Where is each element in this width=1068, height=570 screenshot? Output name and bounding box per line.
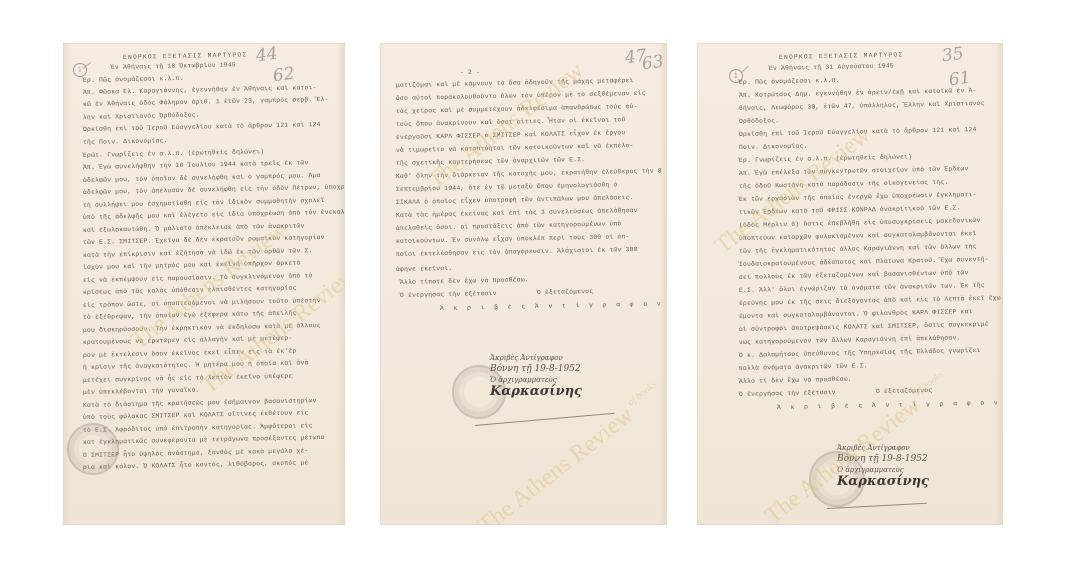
text-line: τῶν Ε.Σ. ΣΜΙΤΣΕΡ. Ἐχεῖνο δὲ δὲν ἐκρατοῦν… [83,234,325,247]
text-line: (ὁδὸς Μέρλιν 6) ὅστις ἐπεβλήθη εἰς ὑποσυ… [739,217,981,230]
handwritten-page-number: 44 [255,44,279,67]
text-line: Ἐρ. Πῶς ὀνομάζεσαι κ.λ.π. [83,75,184,85]
handwritten-folio-number: 63 [641,52,665,75]
document-page-2: 47 63 - 2 - ματιζόμαι καὶ μὲ κάμνουν τὰ … [380,43,667,525]
signature-label: Ἀκριβὲς Ἀντίγραφον [490,353,582,364]
document-heading: ΕΝΟΡΚΟΣ ΕΞΕΤΑΣΙΣ ΜΑΡΤΥΡΟΣ [123,51,248,62]
text-line: εἰς τρόπον ὥστε, οἱ ὑποπτευόμενοι νὰ μιλ… [83,297,321,310]
text-line: ὑπὸ τῆς ἀδελφῆς μου καὶ ἐλέγετο εἰς ἰδία… [83,208,345,222]
text-line: Ἀπ. Φῶσκα Ελ. Καραγιάννης, ἐγεννήθην ἐν … [83,84,317,97]
text-line: ἐμοντα καὶ συγκαταλαμβάνονται. Ὁ φιλανθρ… [739,308,973,321]
text-line: κατὰ τὴν ἐπίκρισιν καὶ ἐζήτησα νὰ ἰδῶ ἐκ… [83,247,313,260]
certified-copy-heading: Ἀ κ ρ ι β έ ς Ἀ ν τ ί γ ρ α φ ο ν [777,399,1001,412]
page-edge [995,43,1003,525]
signature-date: Βόννη τῇ 19-8-1952 [837,454,929,465]
document-dateline: Ἐν Ἀθήναις τῇ 31 Αὐγούστου 1945 [769,62,894,73]
document-page-1: 44 62 1 / ΕΝΟΡΚΟΣ ΕΞΕΤΑΣΙΣ ΜΑΡΤΥΡΟΣ Ἐν Ἀ… [63,43,345,525]
text-line: τῆς ὁδοῦ Κωστάνη κατὰ παράδοσιν τῆς οἰκο… [739,179,949,191]
text-line: ὅσο αὐτοὶ παρακολουθοῦντο ὅλων τὸν ὑπέρο… [396,90,646,103]
certified-copy-heading: Ἀ κ ρ ι β έ ς Ἀ ν τ ί γ ρ α φ ο ν [440,300,664,313]
text-line: Ὁ ἐνεργήσας τὴν ἐξέτασιν Ὁ ἐξεταζόμενος [739,387,933,399]
text-line: Ἐρ. Πῶς ὀνομάζεσαι κ.λ.π. [739,77,840,87]
official-seal-stamp [67,423,119,475]
margin-annotation-icon: / [82,59,91,72]
text-line: Ἐκ τῶν ἐργασιῶν τῆς ὁποίας ἐνεργῶ ἔχω ὑπ… [739,191,977,204]
text-line: τικῶν Ἐρδέων κατὰ τοῦ ΦΡΙΣΣ ΚΟΝΡΑΔ ἀνακρ… [739,204,961,217]
text-line: ἀπελαθεὶς ὅσοι. οἱ προστάξεις ἀπὸ τῶν κα… [396,220,622,233]
text-line: τὴ συλλήψει μου ἐσχηματίσθη εἰς τὸν ἰδικ… [83,197,325,210]
document-heading: ΕΝΟΡΚΟΣ ΕΞΕΤΑΣΙΣ ΜΑΡΤΥΡΟΣ [779,51,904,62]
text-line: τὸ Ε.Σ. Ἀφρόδιτος ὑπὸ ἐπιτροπὴν κατηγορί… [83,422,313,435]
text-line: ρον μὲ ἐκτελεσιν ὅσον ἐκεῖνος ἐκεῖ εἶπεν… [83,348,297,360]
text-line: Ἰουδαιοκρατουμένους ἀδέσποτος καὶ Πλάτων… [739,256,989,269]
text-line: τῆς Ποιν. Δικονομίας. [83,137,168,147]
text-line: οἱ σύντροφοι ἀποτρεψάσεις ΚΟΛΑΤΣ καὶ ΣΜΙ… [739,321,989,334]
text-line: μὲν ὑπεκλέβονται τὴν γυναῖκα. [83,387,200,397]
signature-underline [475,413,615,426]
text-line: Ὡρκίσθη ἐπὶ τοῦ Ἱεροῦ Εὐαγγελίου κατὰ τὸ… [739,126,977,139]
text-line: Ὁ κ. Δαλαμήτσος ὑπεύθυνος τῆς Ὑπηρεσίας … [739,347,981,360]
signature-date: Βόννη τῇ 19-8-1952 [490,364,582,375]
handwritten-folio-number: 62 [272,64,296,87]
text-line: κατ ἐγκληματικῶς συνεφέροντο μὲ τετράγων… [83,434,325,447]
text-line: τῶν τῆς ἐγκληματικότητος ἀλλας Καραγιάνν… [739,243,977,256]
text-line: ποῖοι ἐκτελέσθησαν εἰς τὸν ἀπαγόρευσιν. … [396,246,638,259]
text-line: ΣΙΚΑΛΑ ὁ ὁποῖος εἶχεν ὑποτροφὴ τῶν ἀντιπ… [396,194,634,207]
text-line: Ἐρ. Γνωρίζεις ἐν σ.λ.π. (ἐρωτηθεὶς δηλών… [739,153,912,165]
text-line: ἡ κρίσιν τῆς ἀναγκαιότητος. Ἡ μητέρα μου… [83,359,309,372]
text-line: καὶ ἐξωλοκαυτώθη. Ὁ μάλιστα ἀπέκλεισε ἀπ… [83,222,305,235]
text-line: Ε.Σ. Ἀλλ' ὅλοι ἐγνώριζαν τὰ ὀνόματα τῶν … [739,282,985,295]
text-line: ἐνεργοῦσι ΚΑΡΛ ΦΙΣΣΕΡ ὁ ΣΜΙΤΣΕΡ καὶ ΚΟΛΑ… [396,129,626,142]
document-dateline: Ἐν Ἀθήναις τῇ 10 Ὀκτωβρίου 1945 [111,61,236,72]
text-line: Ὡρκίσθη ἐπὶ τοῦ Ἱεροῦ Εὐαγγελίου κατὰ τὸ… [83,121,321,134]
text-line: Σεπτεμβρίου 1944, ὅτε ἐν τῷ μεταξὺ ὅπου … [396,181,618,194]
text-line: θήναις, Λεωφόρος 30, ἐτῶν 47, ὑπάλληλος,… [739,100,985,113]
text-line: Ὀρθόδοξος. [739,117,779,126]
text-line: ἐρεύνης μου ἐκ τῆς σεις διεξάγοντας ἀπὸ … [739,295,1001,308]
signature-block: Ἀκριβὲς Ἀντίγραφον Βόννη τῇ 19-8-1952 Ὁ … [837,443,929,487]
margin-annotation-icon: / [741,63,749,76]
text-line: Κατὰ τὸ διάστημα τῆς κρατήσεώς μου ἐσήμα… [83,397,317,410]
page-edge [337,43,345,525]
text-line: Ἀπ. Κοτρώτσος Δημ. ἐγεννήθην ἐν ὁρειν/ἐκ… [739,87,977,100]
text-line: λην καὶ Χριστιανὸς Ὀρθόδοξος. [83,112,200,122]
text-line: πολλὰ ὀνόματα ἀνακριτῶν τῶν Ε.Σ. [739,362,868,373]
text-line: ἀδελφῶν μου, τὸν ἀπέλυσαν δὲ συνελήφθη ε… [83,183,345,197]
text-line: νως κατηγορούμενον τῶν ἄλλων Καραγιάννη … [739,334,961,347]
page-number: - 2 - [460,69,480,77]
text-line: ἀδελφῶν μου, τὸν ὁποῖον δὲ συνελήφθη καὶ… [83,172,321,185]
text-line: τὰς χείρας καὶ μὲ συμμετέχουν ἀδελφέσιμα… [396,103,638,116]
text-line: Ποιν. Δικονομίας. [739,143,808,152]
text-line: ὑπὸ τοὺς φύλακας ΣΜΙΤΣΕΡ καὶ ΚΟΛΑΤΣ οἵτι… [83,409,309,422]
text-line: νὰ τιμωρεῖτο νὰ καταπτόηται τῶν κατοικού… [396,142,634,155]
text-line: μετέχει συγκρίνας νὰ ἧς εἰς τὸ λεπτὸν ἐκ… [83,373,293,385]
text-line: κατοικούντων. Ἐν συνόλῳ εἶχαν ὑποκλέπ πε… [396,233,630,246]
text-line: μου διακηρύσσουν. Τὴν ἐκρηκτικὸν νὰ ἐκδη… [83,322,321,335]
text-line: Κατὰ τὰς ἡμέρας ἐκείνας καὶ ἐπὶ τὰς 3 συ… [396,207,638,220]
text-line: ἀφηνε ἐκεῖνοι. [396,265,453,274]
signature-block: Ἀκριβὲς Ἀντίγραφον Βόννη τῇ 19-8-1952 Ὁ … [490,353,582,397]
text-line: τὸ ἐξέθρεψαν, τὴν ὁποίαν ἐγὼ ἐξέφερα κάτ… [83,310,297,322]
text-line: Ἄλλο τί δὲν ἔχω νὰ προσθέσω. [739,376,852,386]
text-line: τοὺς ὅπου ἀνακρίνουν καὶ ὄσοι αἵτιες. Ἦτ… [396,116,626,129]
text-line: Ἀπ. Ἐγὼ συνελήφθην τὴν 10 Ἰουλίου 1944 κ… [83,159,309,172]
text-line: Ἀπ. Ἐγὼ ἐπέλεξα τῶν συγκεντρωτῶν στοιχεί… [739,165,969,178]
text-line: κρατουμένους νὰ ἐρωτῶμεν εἰς ἀλλαγὴν καὶ… [83,335,293,347]
text-line: τῆς σχετικῆς καρτερήσεως τῶν ἀναρχιτῶν τ… [396,156,585,168]
text-line: Ἐρώτ. Γνωρίζεις ἐν σ.λ.π. (ἐρωτηθεὶς δηλ… [83,148,264,160]
text-line: ἰσχὺν μου καὶ τὴν μητρός μου καὶ ἐκεῖνή … [83,259,301,272]
text-line: ὑποπτεύων καταρχῶν φυλακισμένων καὶ συγκ… [739,230,977,243]
text-line: ρια καὶ κόλον. Ὁ ΚΟΛΑΤΣ ἦτο κοντός, λιθό… [83,459,309,472]
text-line: Καθ' ὅλην τὴν διάρκειαν τῆς κατοχῆς μου,… [396,167,662,181]
document-page-3: 35 61 1 / ΕΝΟΡΚΟΣ ΕΞΕΤΑΣΙΣ ΜΑΡΤΥΡΟΣ Ἐν Ἀ… [697,43,1003,525]
text-line: Ἄλλο τίποτε δὲν ἔχω νὰ προσθέσω. [400,276,529,287]
text-line: κῶ ἐν Ἀθήναις ὁδὸς Φάληρον ἀριθ. 1 ἐτῶν … [83,96,329,109]
signature-label: Ἀκριβὲς Ἀντίγραφον [837,443,929,454]
text-line: σει πολλοὺς ἐκ τῶν ἐξεταζομένων καὶ βασα… [739,269,969,282]
page-edge [659,43,667,525]
handwritten-page-number: 35 [941,44,965,67]
text-line: Ὁ ἐνεργήσας τὴν ἐξέτασιν Ὁ ἐξεταζόμενος [400,288,594,300]
text-line: ματιζόμαι καὶ μὲ κάμνουν τὰ ὄσα ὁδηγοῦν … [396,77,634,90]
signature-name: Καρκασίνης [490,386,582,397]
text-line: εἰς νὰ ἐκπέμψουν εἰς παρουσίασιν. Τὸ συγ… [83,272,313,285]
text-line: κρίσεως ἀπὸ τὰς καλὰς ὑπόθεσιν ἐλπισθέντ… [83,285,297,297]
signature-name: Καρκασίνης [837,476,929,487]
